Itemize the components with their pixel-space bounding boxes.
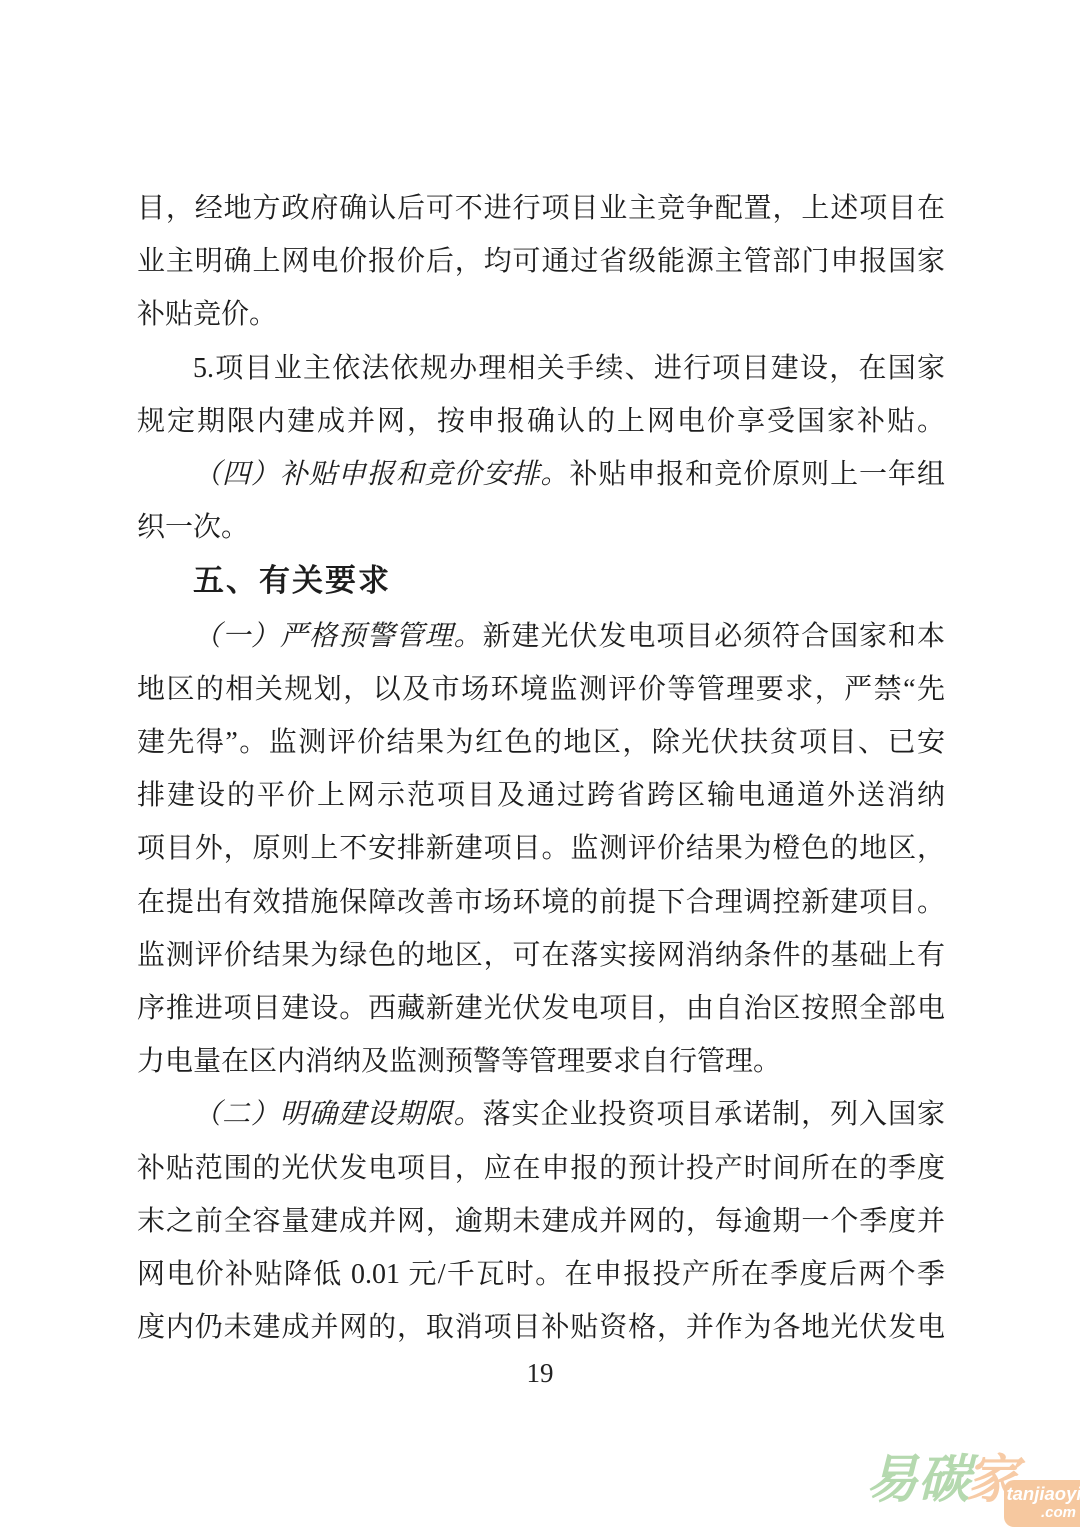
text-line: 序推进项目建设。西藏新建光伏发电项目，由自治区按照全部电: [137, 982, 945, 1035]
watermark-domain-tld: .com: [1004, 1504, 1080, 1521]
watermark-domain-badge: tanjiaoyi .com: [1004, 1480, 1080, 1527]
text-line: 项目外，原则上不安排新建项目。监测评价结果为橙色的地区，: [137, 822, 945, 875]
text-line: 织一次。: [137, 501, 945, 554]
page-container: { "page": { "number": "19", "background"…: [0, 0, 1080, 1527]
watermark-brand-orange-text: 家: [966, 1450, 1018, 1510]
text-line: 在提出有效措施保障改善市场环境的前提下合理调控新建项目。: [137, 876, 945, 929]
watermark-brand-green-text: 易碳: [866, 1450, 970, 1510]
text-line: 网电价补贴降低 0.01 元/千瓦时。在申报投产所在季度后两个季: [137, 1248, 945, 1301]
text-line: （二）明确建设期限。落实企业投资项目承诺制，列入国家: [137, 1088, 945, 1141]
text-line: 排建设的平价上网示范项目及通过跨省跨区输电通道外送消纳: [137, 769, 945, 822]
watermark-domain-name: tanjiaoyi: [1004, 1483, 1080, 1504]
text-line: 力电量在区内消纳及监测预警等管理要求自行管理。: [137, 1035, 945, 1088]
text-line: 建先得”。监测评价结果为红色的地区，除光伏扶贫项目、已安: [137, 716, 945, 769]
text-line: 目，经地方政府确认后可不进行项目业主竞争配置，上述项目在: [137, 182, 945, 235]
section-heading: 五、有关要求: [137, 554, 945, 609]
text-line: 补贴竞价。: [137, 288, 945, 341]
text-line: 补贴范围的光伏发电项目，应在申报的预计投产时间所在的季度: [137, 1142, 945, 1195]
text-line: 规定期限内建成并网，按申报确认的上网电价享受国家补贴。: [137, 395, 945, 448]
text-line: 地区的相关规划，以及市场环境监测评价等管理要求，严禁“先: [137, 663, 945, 716]
document-body: 目，经地方政府确认后可不进行项目业主竞争配置，上述项目在业主明确上网电价报价后，…: [137, 182, 945, 1354]
page-number: 19: [0, 1358, 1080, 1389]
text-line: （四）补贴申报和竞价安排。补贴申报和竞价原则上一年组: [137, 448, 945, 501]
text-line: 5.项目业主依法依规办理相关手续、进行项目建设，在国家: [137, 342, 945, 395]
text-line: 度内仍未建成并网的，取消项目补贴资格，并作为各地光伏发电: [137, 1301, 945, 1354]
text-line: （一）严格预警管理。新建光伏发电项目必须符合国家和本: [137, 610, 945, 663]
text-line: 业主明确上网电价报价后，均可通过省级能源主管部门申报国家: [137, 235, 945, 288]
text-line: 末之前全容量建成并网，逾期未建成并网的，每逾期一个季度并: [137, 1195, 945, 1248]
text-line: 监测评价结果为绿色的地区，可在落实接网消纳条件的基础上有: [137, 929, 945, 982]
